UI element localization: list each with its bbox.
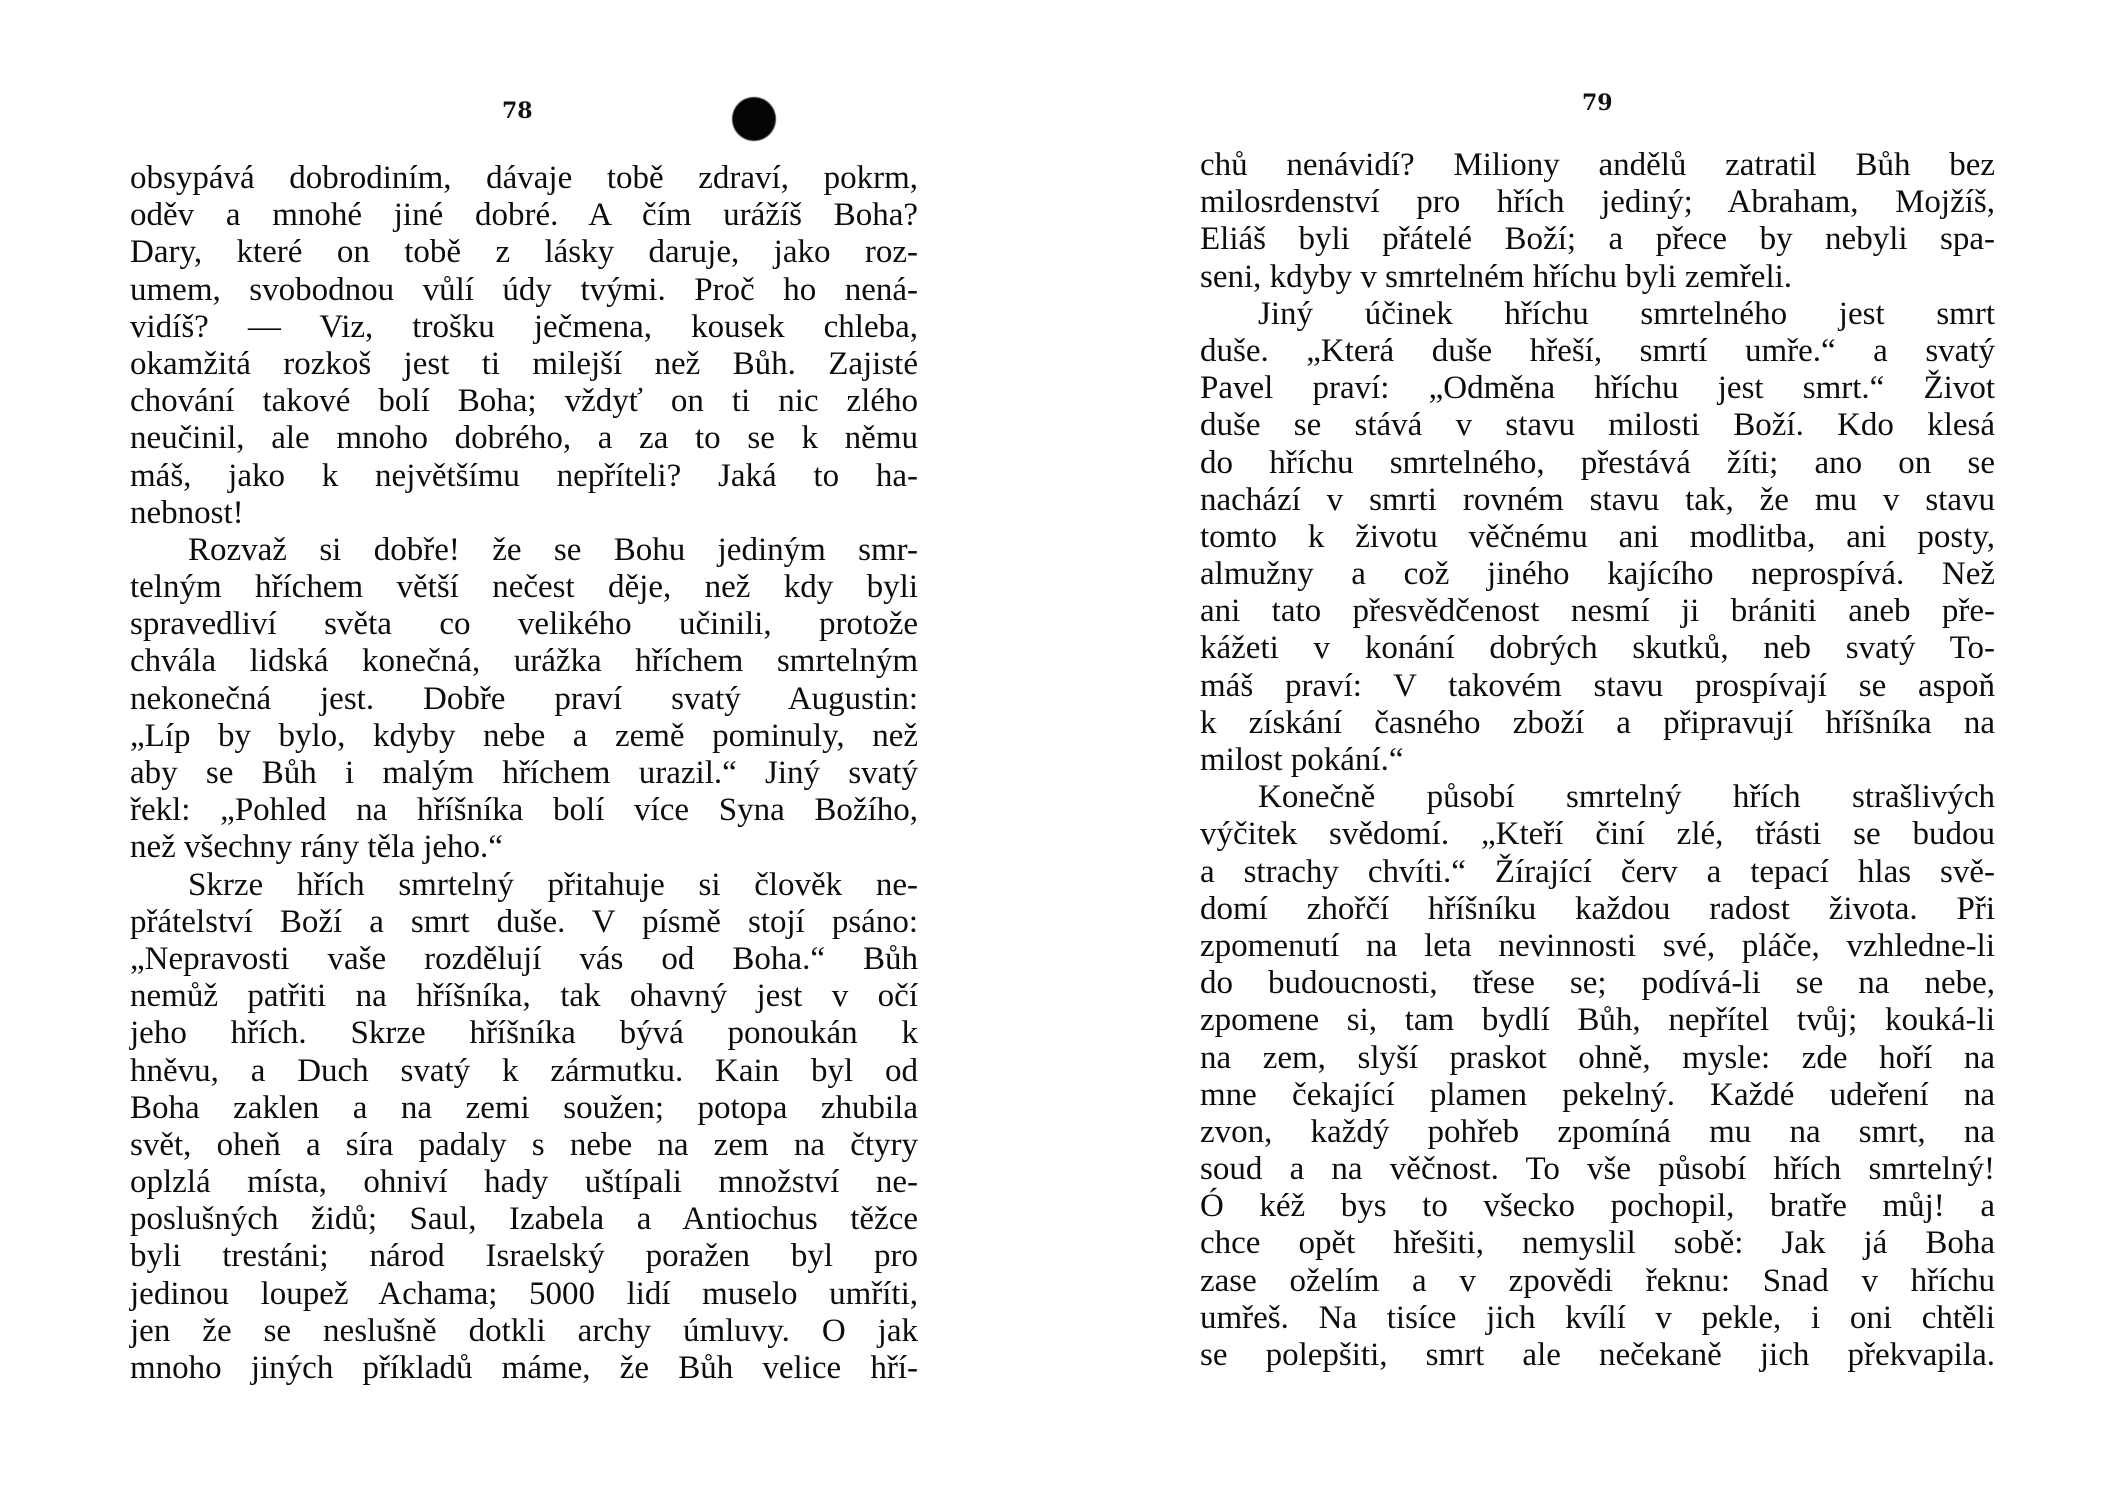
text-line: zpomenutí na leta nevinnosti své, pláče,… xyxy=(1200,928,1995,965)
book-spread: 78 obsypává dobrodiním, dávaje tobě zdra… xyxy=(0,0,2102,1500)
text-line: Rozvaž si dobře! že se Bohu jediným smr- xyxy=(130,532,918,569)
text-line: jen že se neslušně dotkli archy úmluvy. … xyxy=(130,1313,918,1350)
text-line: zase oželím a v zpovědi řeknu: Snad v hř… xyxy=(1200,1263,1995,1300)
text-line: telným hříchem větší nečest děje, než kd… xyxy=(130,569,918,606)
text-line: byli trestáni; národ Israelský poražen b… xyxy=(130,1238,918,1275)
text-line: do hříchu smrtelného, přestává žíti; ano… xyxy=(1200,445,1995,482)
text-line: zpomene si, tam bydlí Bůh, nepřítel tvůj… xyxy=(1200,1002,1995,1039)
right-page-text: chů nenávidí? Miliony andělů zatratil Bů… xyxy=(1200,147,1995,1374)
text-line: chování takové bolí Boha; vždyť on ti ni… xyxy=(130,383,918,420)
text-line: řekl: „Pohled na hříšníka bolí více Syna… xyxy=(130,792,918,829)
text-line: jedinou loupež Achama; 5000 lidí muselo … xyxy=(130,1276,918,1313)
text-line: Jiný účinek hříchu smrtelného jest smrt xyxy=(1200,296,1995,333)
text-line: na zem, slyší praskot ohně, mysle: zde h… xyxy=(1200,1040,1995,1077)
text-line: oplzlá místa, ohniví hady uštípali množs… xyxy=(130,1164,918,1201)
text-line: Dary, které on tobě z lásky daruje, jako… xyxy=(130,234,918,271)
text-line: chů nenávidí? Miliony andělů zatratil Bů… xyxy=(1200,147,1995,184)
text-line: kážeti v konání dobrých skutků, neb svat… xyxy=(1200,630,1995,667)
page-number-left: 78 xyxy=(502,100,533,122)
text-line: aby se Bůh i malým hříchem urazil.“ Jiný… xyxy=(130,755,918,792)
text-line: nebnost! xyxy=(130,495,918,532)
text-line: Konečně působí smrtelný hřích strašlivýc… xyxy=(1200,779,1995,816)
text-line: chce opět hřešiti, nemyslil sobě: Jak já… xyxy=(1200,1225,1995,1262)
text-line: domí zhořčí hříšníku každou radost život… xyxy=(1200,891,1995,928)
text-line: jeho hřích. Skrze hříšníka bývá ponoukán… xyxy=(130,1015,918,1052)
left-page-text: obsypává dobrodiním, dávaje tobě zdraví,… xyxy=(130,160,918,1387)
text-line: spravedliví světa co velikého učinili, p… xyxy=(130,606,918,643)
text-line: nachází v smrti rovném stavu tak, že mu … xyxy=(1200,482,1995,519)
text-line: k získání časného zboží a připravují hří… xyxy=(1200,705,1995,742)
text-line: než všechny rány těla jeho.“ xyxy=(130,829,918,866)
text-line: umřeš. Na tisíce jich kvílí v pekle, i o… xyxy=(1200,1300,1995,1337)
text-line: přátelství Boží a smrt duše. V písmě sto… xyxy=(130,904,918,941)
text-line: zvon, každý pohřeb zpomíná mu na smrt, n… xyxy=(1200,1114,1995,1151)
text-line: nemůž patřiti na hříšníka, tak ohavný je… xyxy=(130,978,918,1015)
text-line: „Líp by bylo, kdyby nebe a země pominuly… xyxy=(130,718,918,755)
text-line: nekonečná jest. Dobře praví svatý August… xyxy=(130,681,918,718)
text-line: Skrze hřích smrtelný přitahuje si člověk… xyxy=(130,867,918,904)
text-line: hněvu, a Duch svatý k zármutku. Kain byl… xyxy=(130,1053,918,1090)
text-line: tomto k životu věčnému ani modlitba, ani… xyxy=(1200,519,1995,556)
text-line: almužny a což jiného kajícího neprospívá… xyxy=(1200,556,1995,593)
text-line: se polepšiti, smrt ale nečekaně jich pře… xyxy=(1200,1337,1995,1374)
text-line: poslušných židů; Saul, Izabela a Antioch… xyxy=(130,1201,918,1238)
page-number-right: 79 xyxy=(1582,92,1613,114)
text-line: duše se stává v stavu milosti Boží. Kdo … xyxy=(1200,407,1995,444)
text-line: „Nepravosti vaše rozdělují vás od Boha.“… xyxy=(130,941,918,978)
text-line: Pavel praví: „Odměna hříchu jest smrt.“ … xyxy=(1200,370,1995,407)
text-line: mnoho jiných příkladů máme, že Bůh velic… xyxy=(130,1350,918,1387)
text-line: a strachy chvíti.“ Žírající červ a tepac… xyxy=(1200,854,1995,891)
text-line: mne čekající plamen pekelný. Každé udeře… xyxy=(1200,1077,1995,1114)
left-page: 78 obsypává dobrodiním, dávaje tobě zdra… xyxy=(0,0,1051,1500)
text-line: do budoucnosti, třese se; podívá-li se n… xyxy=(1200,965,1995,1002)
text-line: soud a na věčnost. To vše působí hřích s… xyxy=(1200,1151,1995,1188)
text-line: Boha zaklen a na zemi soužen; potopa zhu… xyxy=(130,1090,918,1127)
ink-blot-mark xyxy=(733,98,775,140)
text-line: obsypává dobrodiním, dávaje tobě zdraví,… xyxy=(130,160,918,197)
right-page: 79 chů nenávidí? Miliony andělů zatratil… xyxy=(1051,0,2102,1500)
text-line: duše. „Která duše hřeší, smrtí umře.“ a … xyxy=(1200,333,1995,370)
text-line: okamžitá rozkoš jest ti milejší než Bůh.… xyxy=(130,346,918,383)
text-line: milost pokání.“ xyxy=(1200,742,1995,779)
text-line: chvála lidská konečná, urážka hříchem sm… xyxy=(130,643,918,680)
text-line: milosrdenství pro hřích jediný; Abraham,… xyxy=(1200,184,1995,221)
text-line: svět, oheň a síra padaly s nebe na zem n… xyxy=(130,1127,918,1164)
text-line: seni, kdyby v smrtelném hříchu byli zemř… xyxy=(1200,259,1995,296)
text-line: ani tato přesvědčenost nesmí ji brániti … xyxy=(1200,593,1995,630)
text-line: neučinil, ale mnoho dobrého, a za to se … xyxy=(130,420,918,457)
text-line: Eliáš byli přátelé Boží; a přece by neby… xyxy=(1200,221,1995,258)
text-line: vidíš? — Viz, trošku ječmena, kousek chl… xyxy=(130,309,918,346)
text-line: máš praví: V takovém stavu prospívají se… xyxy=(1200,668,1995,705)
text-line: oděv a mnohé jiné dobré. A čím urážíš Bo… xyxy=(130,197,918,234)
text-line: umem, svobodnou vůlí údy tvými. Proč ho … xyxy=(130,272,918,309)
text-line: máš, jako k největšímu nepříteli? Jaká t… xyxy=(130,458,918,495)
text-line: Ó kéž bys to všecko pochopil, bratře můj… xyxy=(1200,1188,1995,1225)
text-line: výčitek svědomí. „Kteří činí zlé, třásti… xyxy=(1200,816,1995,853)
